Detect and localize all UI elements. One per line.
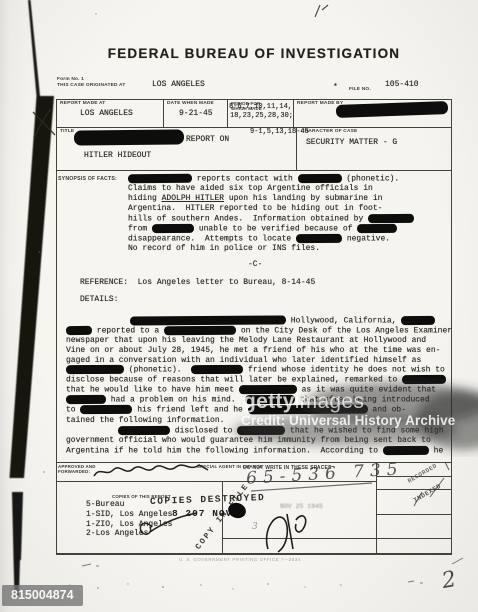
- image-id-badge: 815004874: [2, 585, 83, 606]
- watermark-credit: Credit: Universal History Archive: [241, 413, 455, 428]
- watermark-brand: gettyimages: [243, 390, 364, 414]
- watermark-brand-bold: getty: [243, 390, 295, 413]
- period-value-line2: 18,23,25,28,30;: [230, 112, 293, 121]
- shadow-blob-layer: [0, 0, 478, 612]
- document-photo: FEDERAL BUREAU OF INVESTIGATION Form No.…: [0, 0, 478, 612]
- period-value-line1: 8-6,7,10,11,14,: [229, 103, 292, 112]
- watermark-brand-light: images: [295, 390, 365, 413]
- period-value-line3: 9-1,5,13,18-45: [250, 128, 309, 137]
